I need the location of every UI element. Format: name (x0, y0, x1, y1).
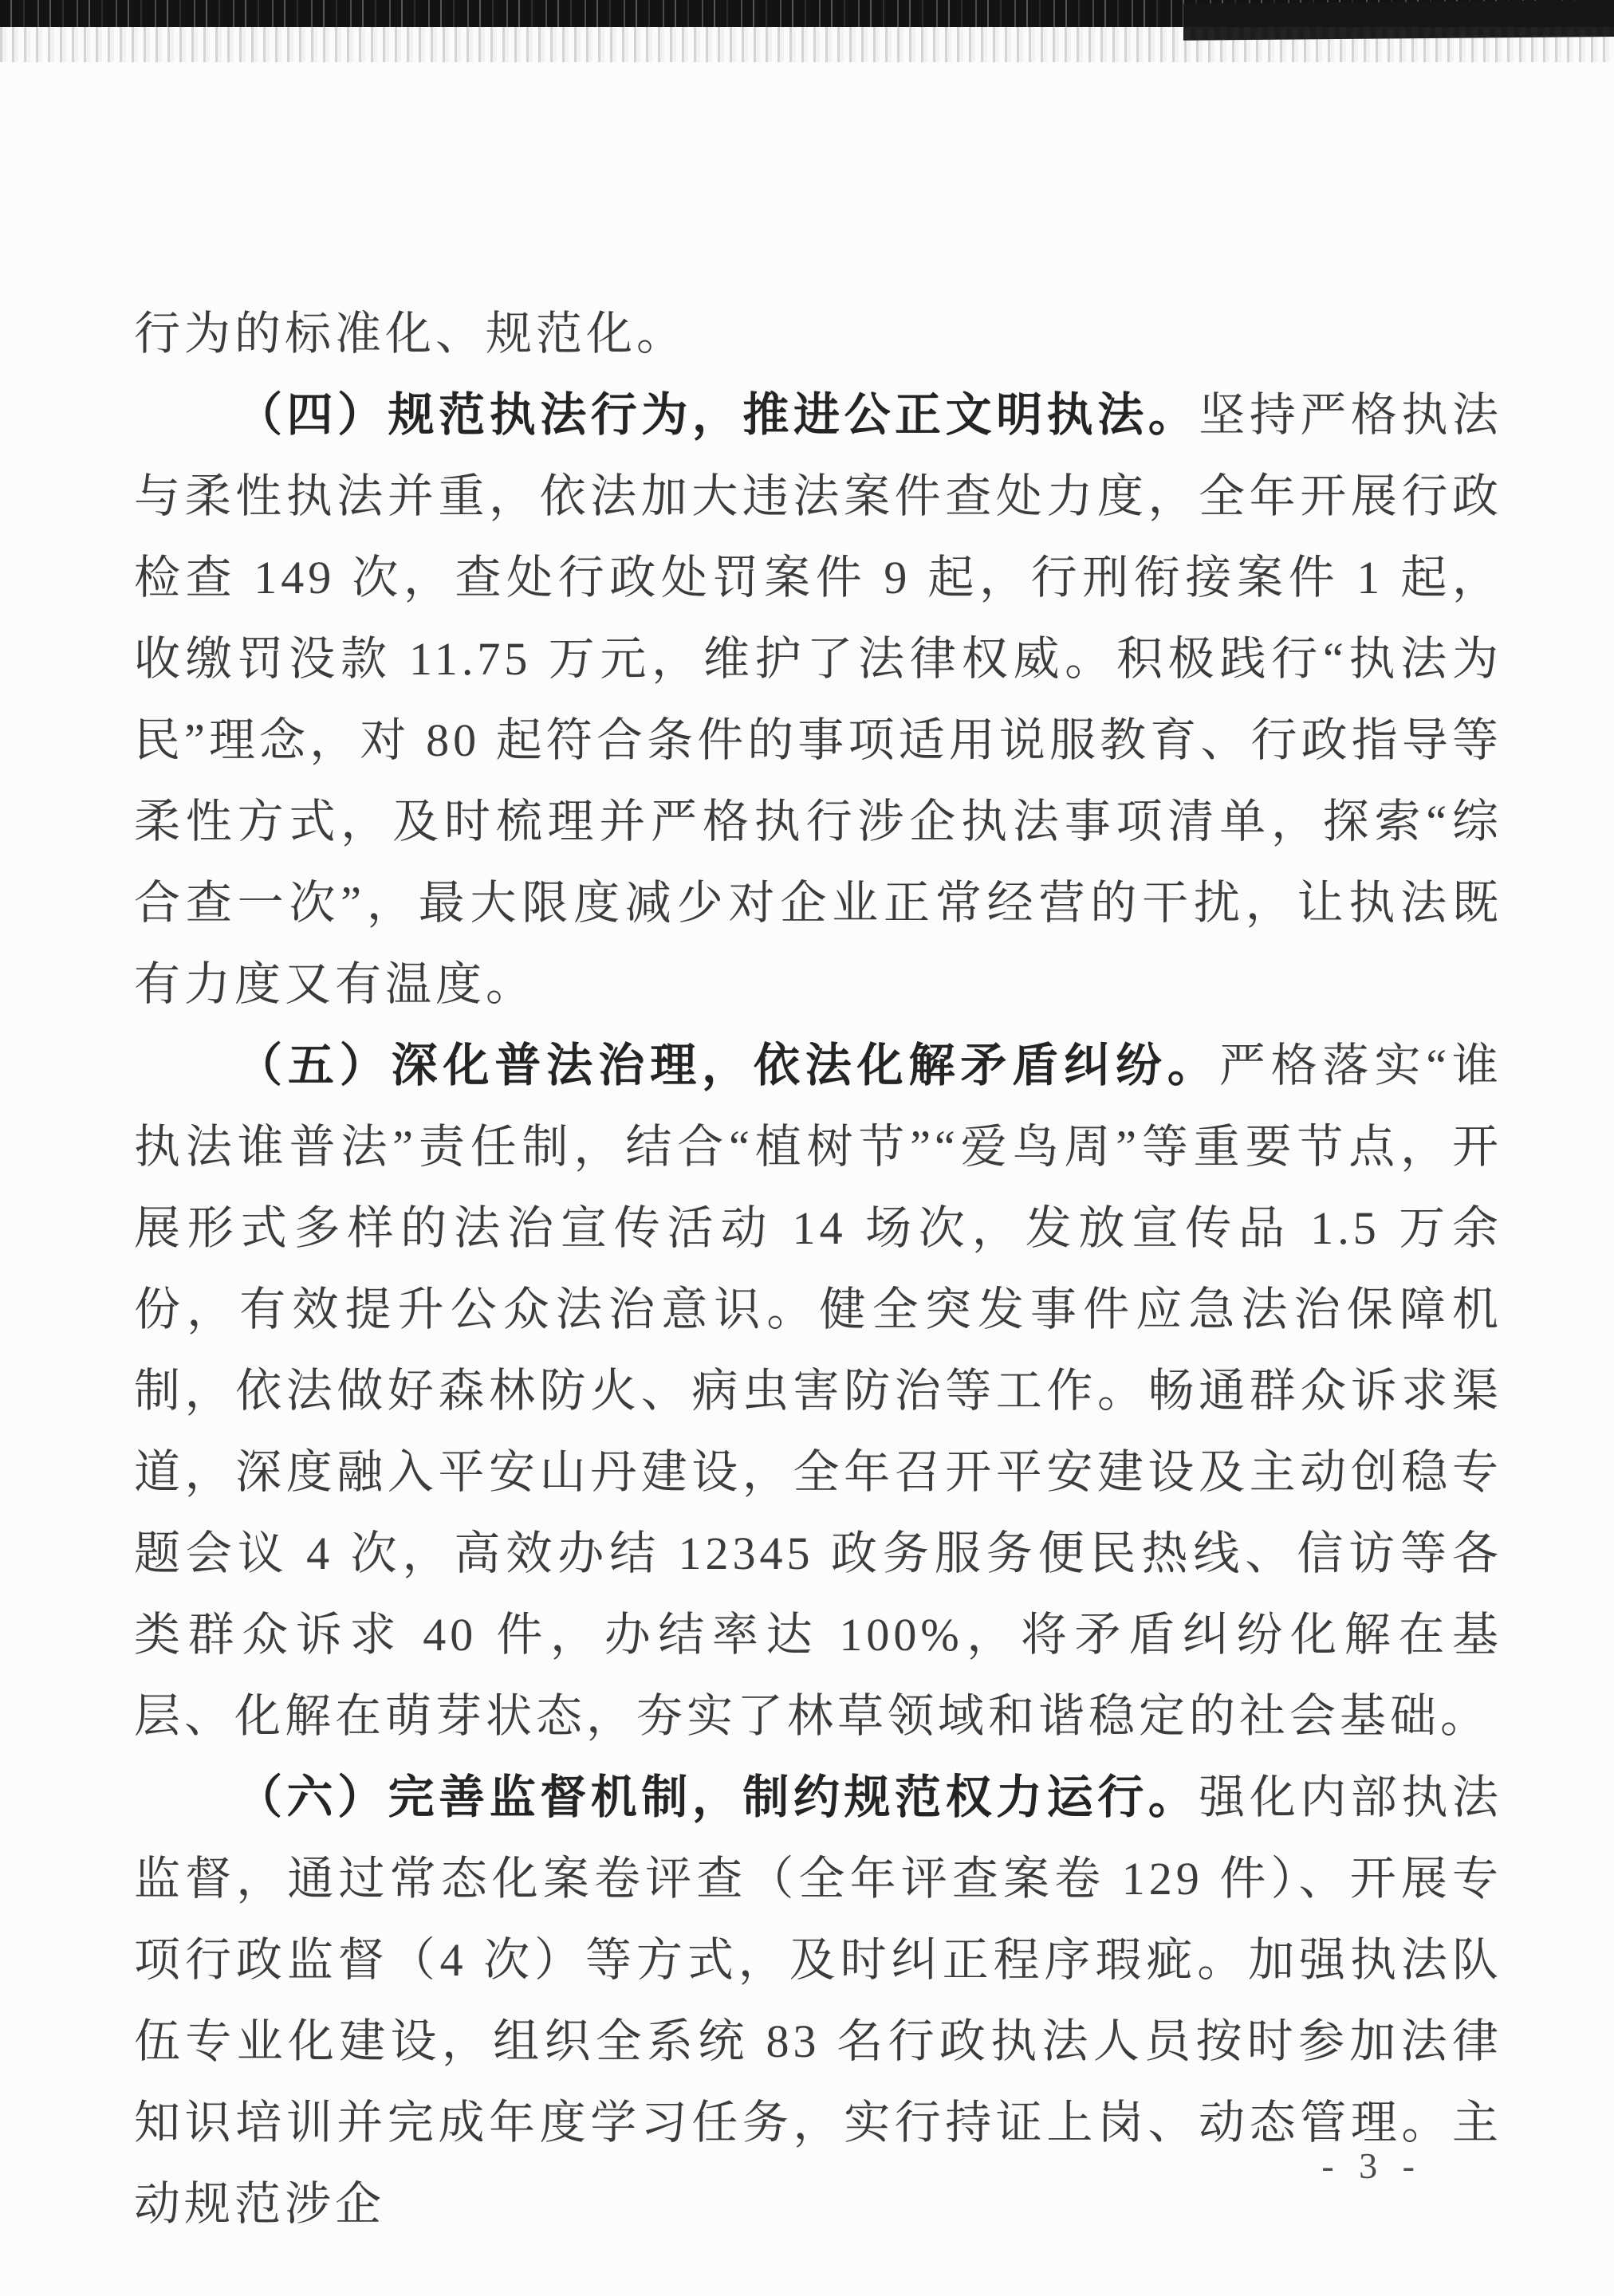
document-body: 行为的标准化、规范化。 （四）规范执法行为，推进公正文明执法。坚持严格执法与柔性… (134, 293, 1502, 2245)
paragraph-text: 行为的标准化、规范化。 (134, 308, 687, 360)
paragraph-section-6: （六）完善监督机制，制约规范权力运行。强化内部执法监督，通过常态化案卷评查（全年… (134, 1757, 1502, 2245)
section-4-heading: （四）规范执法行为，推进公正文明执法。 (236, 389, 1199, 441)
document-page: 行为的标准化、规范化。 （四）规范执法行为，推进公正文明执法。坚持严格执法与柔性… (0, 0, 1614, 2296)
page-number: - 3 - (1321, 2145, 1423, 2187)
paragraph-section-4: （四）规范执法行为，推进公正文明执法。坚持严格执法与柔性执法并重，依法加大违法案… (134, 375, 1502, 1025)
section-6-heading: （六）完善监督机制，制约规范权力运行。 (236, 1771, 1199, 1823)
paragraph-text: 坚持严格执法与柔性执法并重，依法加大违法案件查处力度，全年开展行政检查 149 … (134, 389, 1502, 1010)
paragraph-text: 严格落实“谁执法谁普法”责任制，结合“植树节”“爱鸟周”等重要节点，开展形式多样… (134, 1040, 1502, 1742)
paragraph-continuation: 行为的标准化、规范化。 (134, 293, 1502, 375)
paragraph-section-5: （五）深化普法治理，依法化解矛盾纠纷。严格落实“谁执法谁普法”责任制，结合“植树… (134, 1025, 1502, 1757)
section-5-heading: （五）深化普法治理，依法化解矛盾纠纷。 (236, 1040, 1219, 1091)
paragraph-text: 强化内部执法监督，通过常态化案卷评查（全年评查案卷 129 件）、开展专项行政监… (134, 1771, 1502, 2230)
scan-artifact-top-edge (0, 0, 1614, 27)
